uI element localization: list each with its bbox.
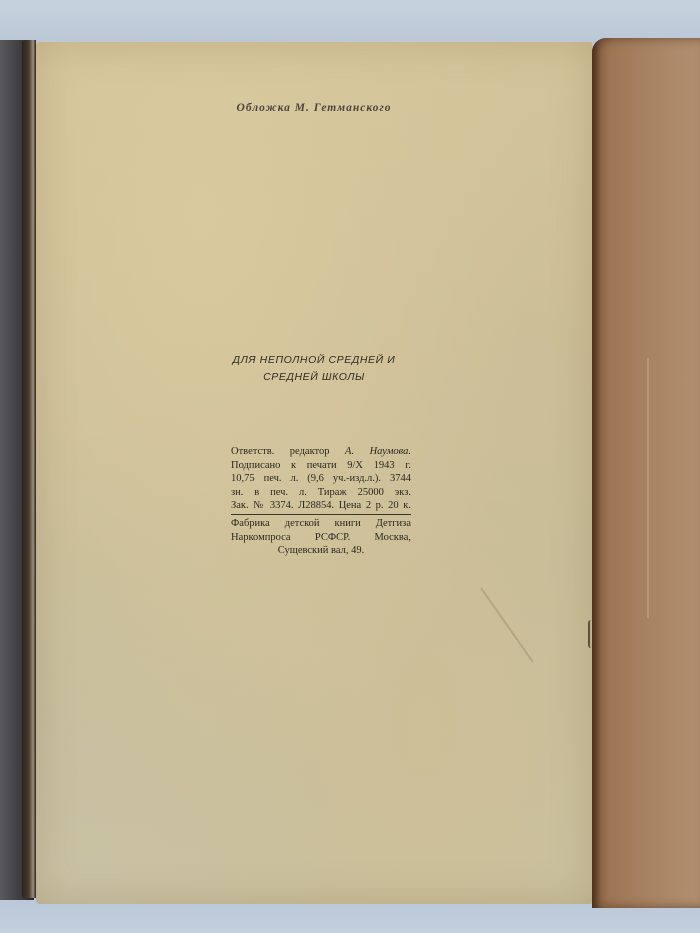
imprint-editor-label: Ответств. редактор <box>231 446 330 457</box>
imprint-editor-line: Ответств. редактор А. Наумова. <box>231 445 411 459</box>
audience-line-2: СРЕДНЕЙ ШКОЛЫ <box>36 369 592 386</box>
imprint-editor-name: А. Наумова. <box>345 446 411 457</box>
printer-line-3: Сущевский вал, 49. <box>231 544 411 558</box>
audience-line-1: ДЛЯ НЕПОЛНОЙ СРЕДНЕЙ И <box>36 352 592 369</box>
front-cover <box>592 38 700 908</box>
cover-crease <box>647 358 649 618</box>
book-page: Обложка М. Гетманского ДЛЯ НЕПОЛНОЙ СРЕД… <box>36 42 592 904</box>
imprint-sheets-line: 10,75 печ. л. (9,6 уч.-изд.л.). 3744 <box>231 472 411 486</box>
printer-line-1: Фабрика детской книги Детгиза <box>231 517 411 531</box>
back-cover-edge <box>22 40 36 898</box>
imprint-print-run-line: зн. в печ. л. Тираж 25000 экз. <box>231 486 411 500</box>
torn-page-edge <box>588 620 598 648</box>
imprint-signed-line: Подписано к печати 9/X 1943 г. <box>231 459 411 473</box>
imprint-divider <box>231 514 411 515</box>
cover-credit: Обложка М. Гетманского <box>36 102 592 114</box>
printer-line-2: Наркомпроса РСФСР. Москва, <box>231 531 411 545</box>
printer-block: Фабрика детской книги Детгиза Наркомпрос… <box>231 517 411 558</box>
audience-note: ДЛЯ НЕПОЛНОЙ СРЕДНЕЙ И СРЕДНЕЙ ШКОЛЫ <box>36 352 592 386</box>
imprint-order-price-line: Зак. № 3374. Л28854. Цена 2 р. 20 к. <box>231 499 411 513</box>
imprint-block: Ответств. редактор А. Наумова. Подписано… <box>231 445 411 513</box>
